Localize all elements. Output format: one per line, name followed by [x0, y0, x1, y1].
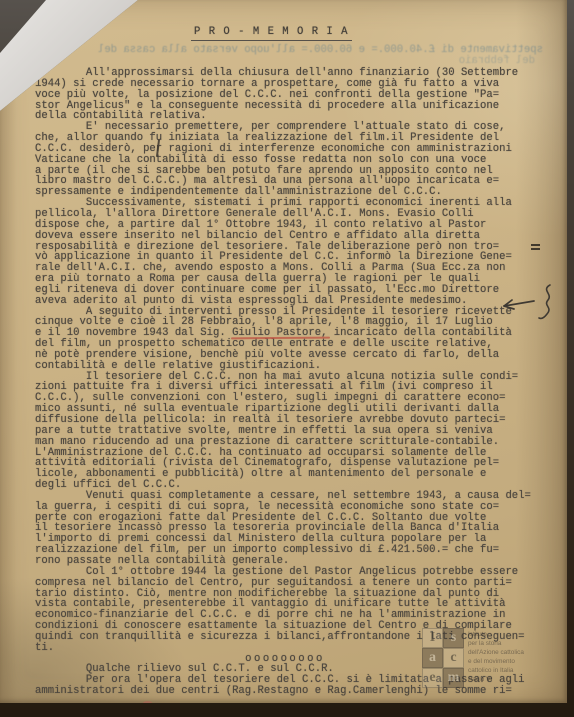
memo-paper: spettivamente di £.40.000.= e 60.000.= a… — [0, 0, 567, 703]
memo-paragraph-7: Col 1° ottobre 1944 la gestione del Past… — [35, 567, 535, 654]
ink-bleed-through-line: spettivamente di £.40.000.= e 60.000.= a… — [88, 44, 543, 56]
handwritten-margin-marks — [496, 281, 558, 332]
memo-paragraph-4: A seguito di interventi presso il Presid… — [35, 307, 535, 372]
memo-paragraph-6: Venuti quasi completamente a cessare, ne… — [35, 491, 535, 567]
memo-paragraph-3: Successivamente, sistemati i primi rappo… — [35, 198, 535, 306]
memo-title: P R O - M E M O R I A — [191, 26, 352, 41]
ink-smudge — [531, 244, 540, 252]
ink-bleed-through-fragment: del febbraio — [395, 55, 535, 67]
memo-paragraph-5: Il tesoriere del C.C.C. non ha mai avuto… — [35, 372, 535, 491]
arrow-and-squiggle-icon — [496, 281, 558, 327]
memo-body: All'approssimarsi della chiusura dell'an… — [35, 68, 535, 697]
memo-paragraph-8: Qualche rilievo sul C.C.T. e sul C.C.R. … — [35, 664, 535, 697]
memo-paragraph-1: All'approssimarsi della chiusura dell'an… — [35, 68, 535, 122]
red-edge-mark — [143, 701, 152, 705]
memo-paragraph-2: E' necessario premettere, per comprender… — [35, 122, 535, 198]
